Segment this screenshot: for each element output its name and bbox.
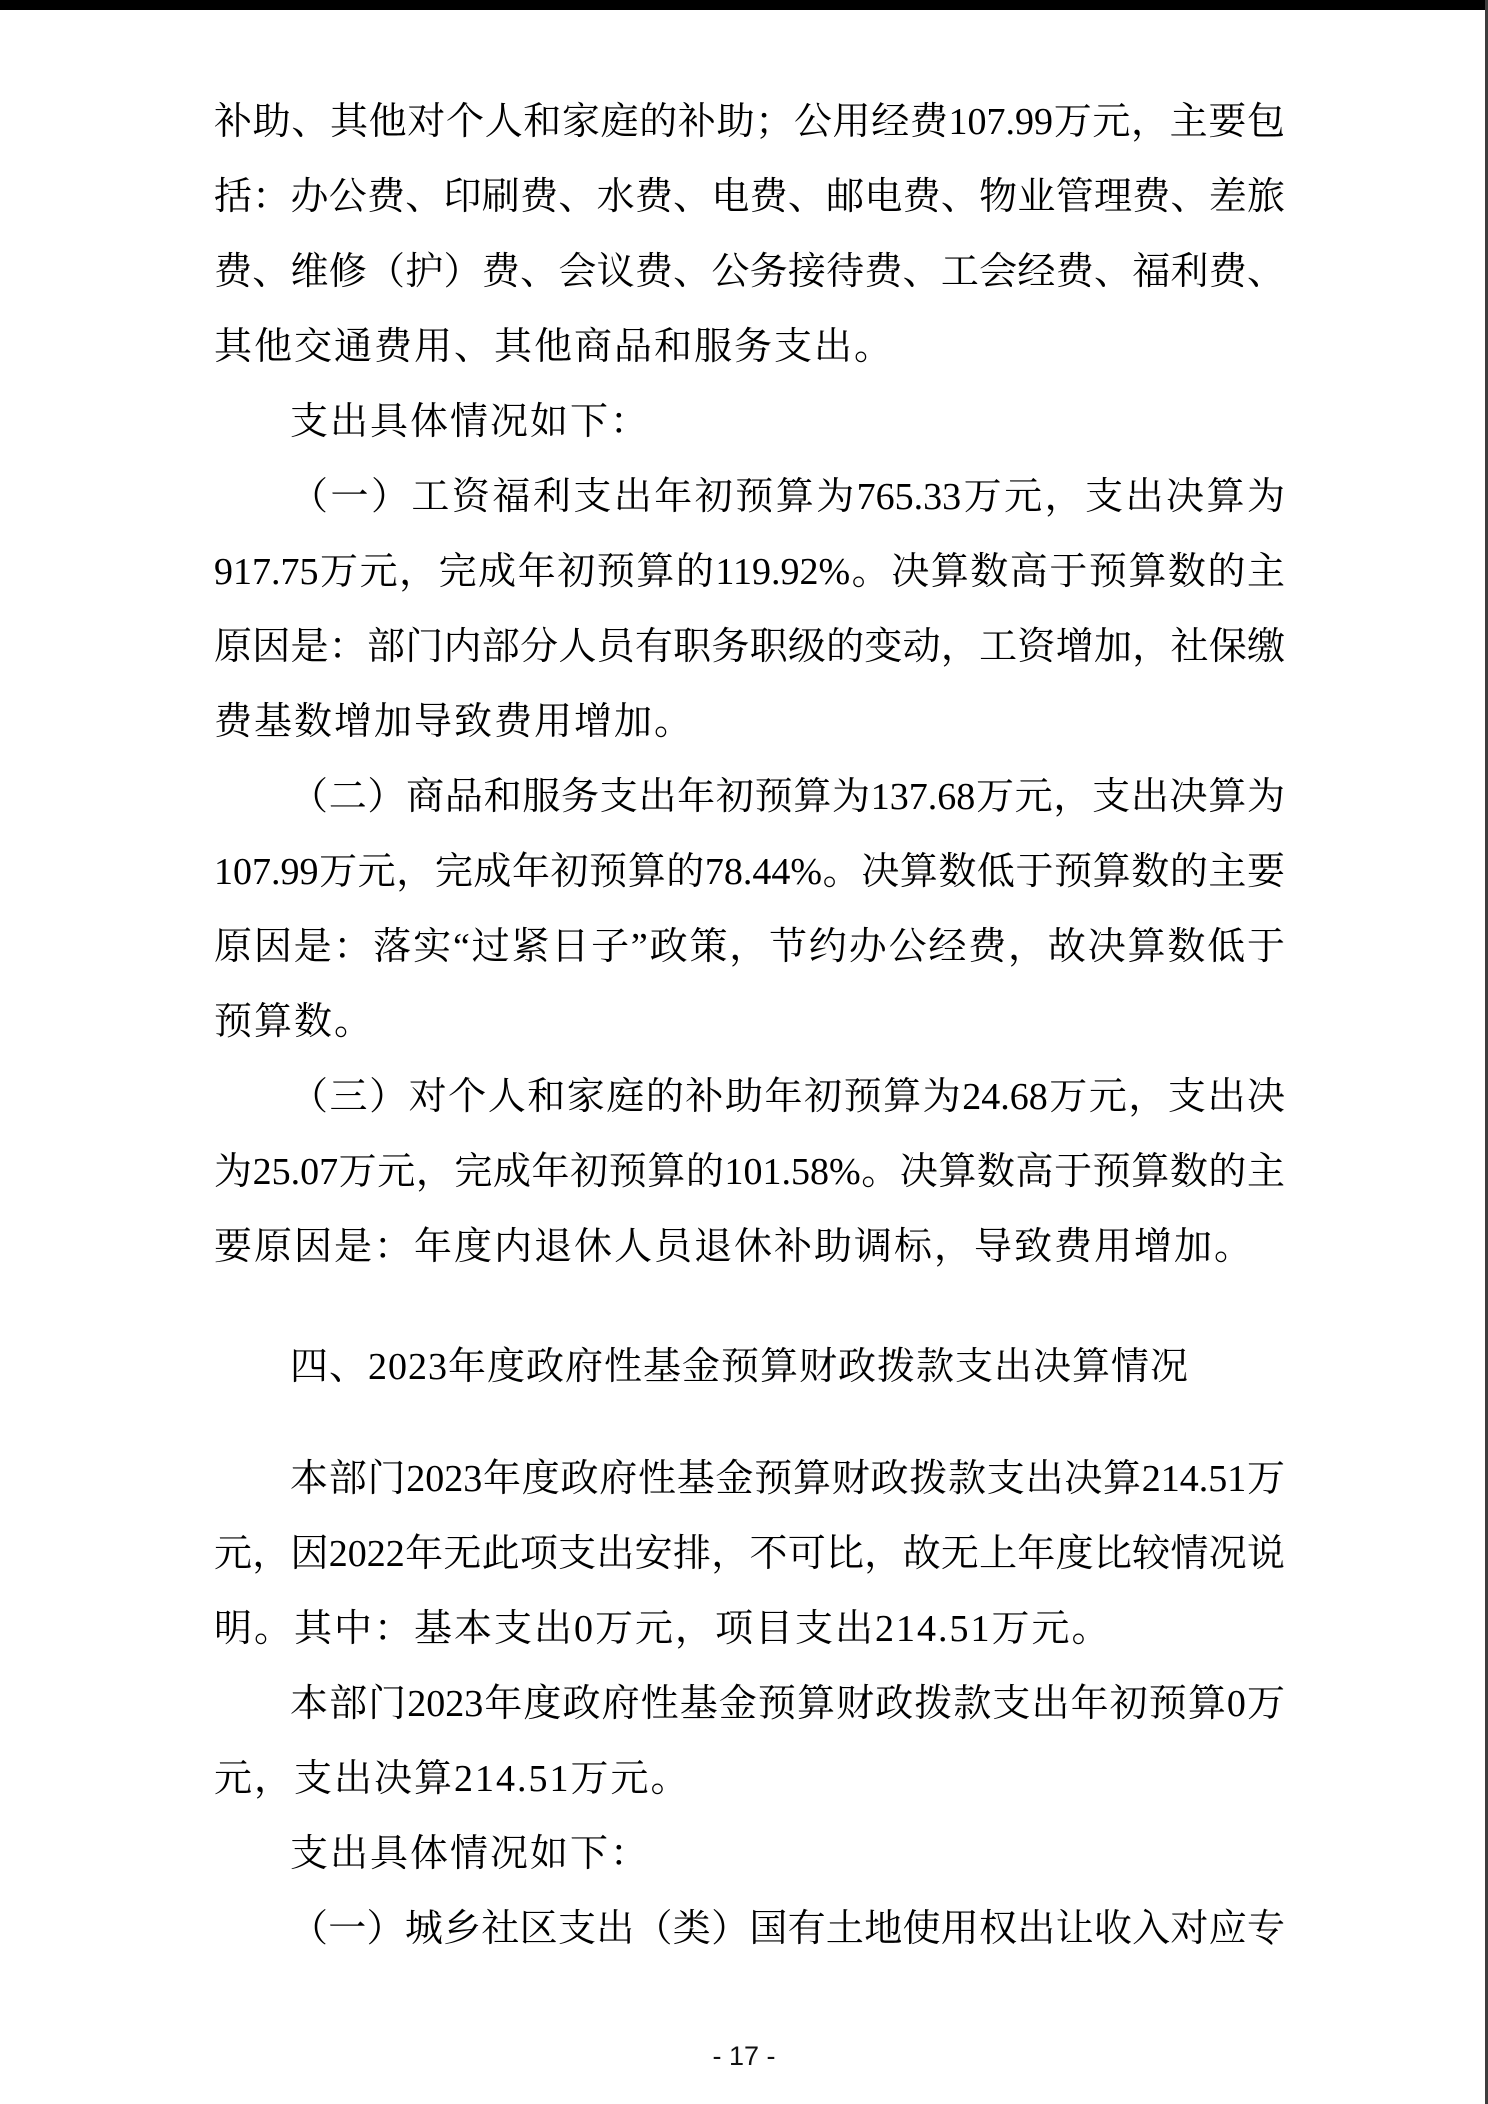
text-line: 本部门2023年度政府性基金预算财政拨款支出年初预算0万 bbox=[214, 1667, 1285, 1742]
document-page: 补助、其他对个人和家庭的补助；公用经费107.99万元，主要包 括：办公费、印刷… bbox=[0, 0, 1488, 2104]
text-line: （三）对个人和家庭的补助年初预算为24.68万元，支出决算 bbox=[214, 1060, 1285, 1135]
text-line: 本部门2023年度政府性基金预算财政拨款支出决算214.51万 bbox=[214, 1442, 1285, 1517]
section-heading: 四、2023年度政府性基金预算财政拨款支出决算情况 bbox=[214, 1330, 1285, 1405]
text-line: 预算数。 bbox=[214, 985, 1285, 1060]
page-number: - 17 - bbox=[0, 2036, 1488, 2076]
text-line: 原因是：落实“过紧日子”政策，节约办公经费，故决算数低于 bbox=[214, 910, 1285, 985]
text-line: 元，因2022年无此项支出安排，不可比，故无上年度比较情况说 bbox=[214, 1517, 1285, 1592]
text-line: （一）城乡社区支出（类）国有土地使用权出让收入对应专 bbox=[214, 1892, 1285, 1967]
text-line: 支出具体情况如下： bbox=[214, 1817, 1285, 1892]
text-line: 费、维修（护）费、会议费、公务接待费、工会经费、福利费、 bbox=[214, 235, 1285, 310]
scan-edge-top bbox=[0, 0, 1488, 10]
text-line: （一）工资福利支出年初预算为765.33万元，支出决算为 bbox=[214, 460, 1285, 535]
text-line: 原因是：部门内部分人员有职务职级的变动，工资增加，社保缴 bbox=[214, 610, 1285, 685]
text-line: 支出具体情况如下： bbox=[214, 385, 1285, 460]
text-line: 107.99万元，完成年初预算的78.44%。决算数低于预算数的主要 bbox=[214, 835, 1285, 910]
text-line: 为25.07万元，完成年初预算的101.58%。决算数高于预算数的主 bbox=[214, 1135, 1285, 1210]
text-line: （二）商品和服务支出年初预算为137.68万元，支出决算为 bbox=[214, 760, 1285, 835]
text-line: 其他交通费用、其他商品和服务支出。 bbox=[214, 310, 1285, 385]
text-line: 917.75万元，完成年初预算的119.92%。决算数高于预算数的主要 bbox=[214, 535, 1285, 610]
text-line: 费基数增加导致费用增加。 bbox=[214, 685, 1285, 760]
text-line: 补助、其他对个人和家庭的补助；公用经费107.99万元，主要包 bbox=[214, 85, 1285, 160]
page-body: 补助、其他对个人和家庭的补助；公用经费107.99万元，主要包 括：办公费、印刷… bbox=[214, 85, 1285, 1967]
text-line: 要原因是：年度内退休人员退休补助调标，导致费用增加。 bbox=[214, 1210, 1285, 1285]
text-line: 元，支出决算214.51万元。 bbox=[214, 1742, 1285, 1817]
text-line: 括：办公费、印刷费、水费、电费、邮电费、物业管理费、差旅 bbox=[214, 160, 1285, 235]
text-line: 明。其中：基本支出0万元，项目支出214.51万元。 bbox=[214, 1592, 1285, 1667]
